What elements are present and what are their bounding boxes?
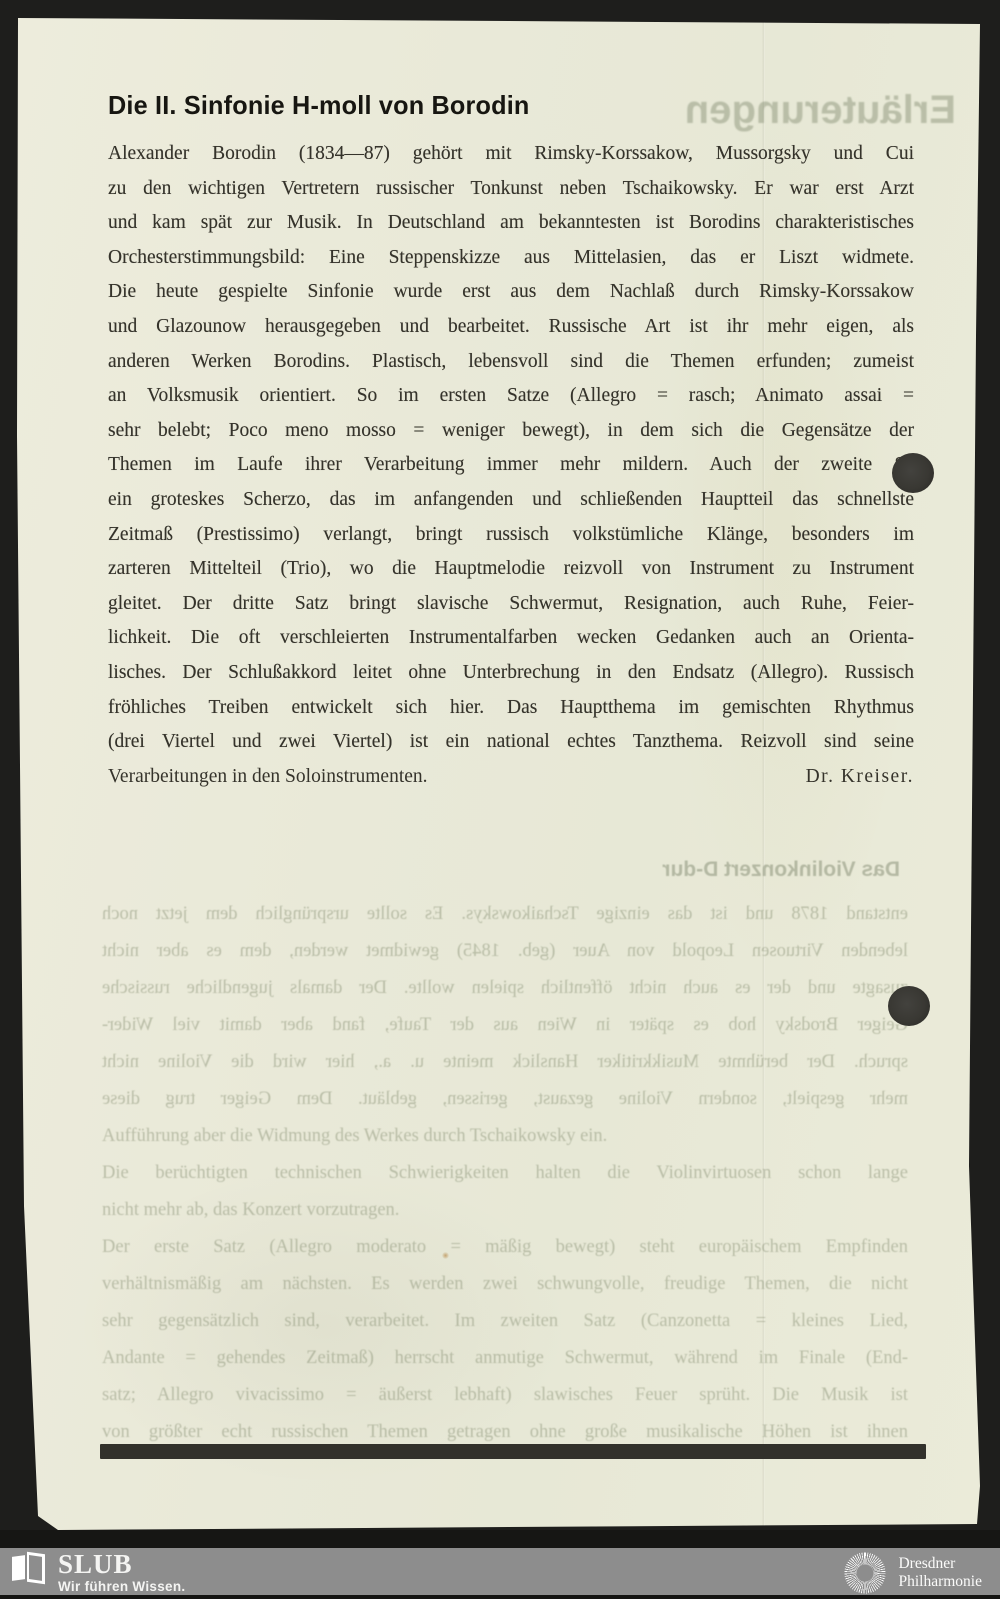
philharmonie-name-line2: Philharmonie — [898, 1573, 982, 1591]
punch-hole — [892, 453, 934, 493]
bleedthrough-line: spruch. Der berühmte Musikkritiker Hansl… — [102, 1044, 908, 1081]
bleedthrough-line: Die berüchtigten technischen Schwierigke… — [102, 1155, 908, 1192]
text-line: sehr belebt; Poco meno mosso = weniger b… — [108, 414, 914, 449]
document-page: Erläuterungen Das Violinkonzert D-dur en… — [14, 16, 986, 1532]
bleedthrough-line: Geiger Brodsky hob es später in Wien aus… — [102, 1007, 908, 1044]
bleedthrough-line: zusagte und der es auch nicht öffentlich… — [102, 970, 908, 1007]
bleedthrough-line: Aufführung aber die Widmung des Werkes d… — [102, 1118, 908, 1155]
text-line: und kam spät zur Musik. In Deutschland a… — [108, 206, 914, 241]
footer-bottom-line — [0, 1595, 1000, 1599]
text-line: (drei Viertel und zwei Viertel) ist ein … — [108, 725, 914, 760]
text-line: fröhliches Treiben entwickelt sich hier.… — [108, 691, 914, 726]
text-line: Orchesterstimmungsbild: Eine Steppenskiz… — [108, 241, 914, 276]
text-line: Verarbeitungen in den Soloinstrumenten. … — [108, 760, 914, 795]
text-line: lichkeit. Die oft verschleierten Instrum… — [108, 621, 914, 656]
viewer-footer: SLUB Wir führen Wissen. Dresdner Philhar… — [0, 1548, 1000, 1595]
bleedthrough-text: entstand 1878 und ist das einzige Tschai… — [102, 896, 908, 1451]
slub-wordmark: SLUB — [58, 1551, 185, 1577]
closing-sentence: Verarbeitungen in den Soloinstrumenten. — [108, 760, 428, 795]
text-line: zu den wichtigen Vertretern russischer T… — [108, 172, 914, 207]
bleedthrough-line: mehr gespielt, sondern Violine gezaust, … — [102, 1081, 908, 1118]
author-signature: Dr. Kreiser. — [806, 760, 914, 795]
slub-tagline: Wir führen Wissen. — [58, 1579, 185, 1594]
text-line: Themen im Laufe ihrer Verarbeitung immer… — [108, 448, 914, 483]
punch-hole — [888, 986, 930, 1026]
text-line: zarteren Mittelteil (Trio), wo die Haupt… — [108, 552, 914, 587]
bleedthrough-line: satz; Allegro vivacissimo = äußerst lebh… — [102, 1377, 908, 1414]
article: Die II. Sinfonie H-moll von Borodin Alex… — [108, 90, 914, 794]
article-title: Die II. Sinfonie H-moll von Borodin — [108, 90, 890, 121]
bleedthrough-line: sehr gegensätzlich sind, verarbeitet. Im… — [102, 1303, 908, 1340]
bleedthrough-line: entstand 1878 und ist das einzige Tschai… — [102, 896, 908, 933]
bleedthrough-line: lebenden Virtuosen Leopold von Auer (geb… — [102, 933, 908, 970]
text-line: lisches. Der Schlußakkord leitet ohne Un… — [108, 656, 914, 691]
text-line: Die heute gespielte Sinfonie wurde erst … — [108, 275, 914, 310]
text-line: ein groteskes Scherzo, das im anfangende… — [108, 483, 914, 518]
text-line: Alexander Borodin (1834—87) gehört mit R… — [108, 137, 914, 172]
scan-viewer: { "doc": { "title": "Die II. Sinfonie H-… — [0, 0, 1000, 1599]
bleedthrough-line: nicht mehr ab, das Konzert vorzutragen. — [102, 1192, 908, 1229]
text-line: Zeitmaß (Prestissimo) verlangt, bringt r… — [108, 518, 914, 553]
text-line: und Glazounow herausgegeben und bearbeit… — [108, 310, 914, 345]
text-line: an Volksmusik orientiert. So im ersten S… — [108, 379, 914, 414]
bleedthrough-line: Der erste Satz (Allegro moderato = mäßig… — [102, 1229, 908, 1266]
sunburst-icon — [842, 1550, 888, 1596]
dresdner-philharmonie-logo: Dresdner Philharmonie — [842, 1550, 982, 1596]
philharmonie-name-line1: Dresdner — [898, 1555, 982, 1573]
open-book-icon — [10, 1553, 44, 1583]
page-bottom-shadow — [0, 1530, 1000, 1548]
bleedthrough-heading-violinkonzert: Das Violinkonzert D-dur — [570, 858, 900, 882]
bleedthrough-line: Andante = gehendes Zeitmaß) herrscht anm… — [102, 1340, 908, 1377]
slub-logo: SLUB Wir führen Wissen. — [10, 1551, 185, 1594]
blacked-out-bar — [100, 1444, 926, 1459]
bleedthrough-line: verhältnismäßig am nächsten. Es werden z… — [102, 1266, 908, 1303]
text-line: anderen Werken Borodins. Plastisch, lebe… — [108, 345, 914, 380]
text-line: gleitet. Der dritte Satz bringt slavisch… — [108, 587, 914, 622]
